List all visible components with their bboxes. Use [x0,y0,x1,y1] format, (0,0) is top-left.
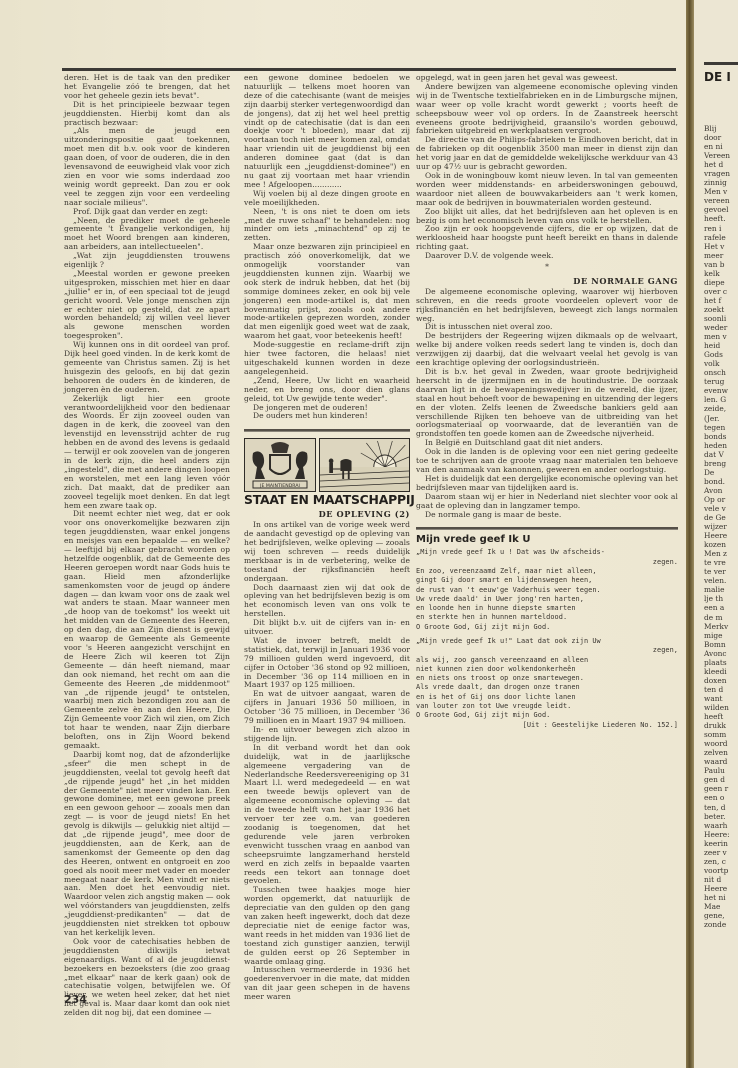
text-line: zelven [704,748,738,757]
paragraph: In dit verband wordt het dan ook duideli… [244,744,410,887]
text-line: te ver [704,567,738,576]
text-line: Blij [704,124,738,133]
text-line: vereen [704,196,738,205]
text-line: onsch [704,368,738,377]
text-line: ren i [704,224,738,233]
text-line: bond. [704,477,738,486]
text-line: gene, [704,911,738,920]
paragraph: Daarover D.V. de volgende week. [416,252,678,261]
paragraph: De normale gang is maar de beste. [416,511,678,520]
column-3: opgelegd, wat in geen jaren het geval wa… [416,74,678,730]
paragraph: een gewone dominee bedoelen we natuurlij… [244,74,410,190]
text-line: wijzer [704,522,738,531]
separator-star: * [416,263,678,272]
paragraph: Ook in die landen is de opleving voor ee… [416,448,678,475]
paragraph: „Meestal worden er gewone preeken uitges… [64,270,230,341]
paragraph: Daarom staan wij er hier in Nederland ni… [416,493,678,511]
text-line: het d [704,160,738,169]
article-heading-opleving: DE OPLEVING (2) [244,510,410,519]
poem-title: Mijn vrede geef Ik U [416,536,678,545]
text-line: Mae [704,902,738,911]
text-line: een o [704,793,738,802]
text-line: breng [704,459,738,468]
text-line: Avon [704,486,738,495]
coat-of-arms-icon: JE MAINTIENDRAI [244,438,316,492]
text-line: en loonde hen in hunne diepste smarten [416,604,678,613]
text-line: heeft [704,712,738,721]
text-line: en sterkte hen in hunnen marteldood. [416,613,678,622]
poem-stanza-2: als wij, zoo gansch vereenzaamd en allee… [416,656,678,721]
paragraph: Dit is het principieele bezwaar tegen je… [64,101,230,128]
text-line: te vre [704,558,738,567]
text-line: van louter zon tot Uwe vreugde leidt. [416,702,678,711]
paragraph: Wij voelen bij al deze dingen groote en … [244,190,410,208]
text-line: en niets ons troost op onze smartewegen. [416,674,678,683]
text-line: en is het of Gij ons door lichte lanen [416,693,678,702]
text-line: nit d [704,875,738,884]
banner-motto: JE MAINTIENDRAI [259,483,300,489]
page-number: 234 [64,993,87,1006]
text-line: Merkv [704,622,738,631]
section-divider [416,527,678,530]
paragraph: Andere bewijzen van algemeene economisch… [416,83,678,136]
text-line: O Groote God, Gij zijt mijn God. [416,623,678,632]
text-line: want [704,694,738,703]
text-line: door [704,133,738,142]
text-line: Avonc [704,649,738,658]
text-line: bonds [704,432,738,441]
column-1: deren. Het is de taak van den prediker h… [64,74,230,1018]
text-line: over c [704,287,738,296]
text-line: gen d [704,775,738,784]
text-line: rafele [704,233,738,242]
paragraph: In ons artikel van de vorige week werd d… [244,521,410,583]
text-line: Gods [704,350,738,359]
paragraph: „Neen, de prediker moet de geheele gemee… [64,217,230,253]
text-line: De [704,468,738,477]
text-line: kozen [704,540,738,549]
text-line: Heere [704,531,738,540]
text-line: ten, d [704,803,738,812]
article-heading-normale-gang: DE NORMALE GANG [416,277,678,286]
paragraph: De algemeene economische opleving, waaro… [416,288,678,324]
paragraph: De directie van de Philips-fabrieken te … [416,136,678,172]
paragraph: Neen, 't is ons niet te doen om iets „me… [244,208,410,244]
text-line: len. G [704,395,738,404]
paragraph: Doch daarnaast zien wij dat ook de oplev… [244,584,410,620]
text-line: waarh [704,821,738,830]
text-line: heeft. [704,214,738,223]
text-line: wilden [704,703,738,712]
paragraph: Het is duidelijk dat een dergelijke econ… [416,475,678,493]
text-line: Op or [704,495,738,504]
poem-source: [Uit : Geestelijke Liederen No. 152.] [416,721,678,730]
text-line: de Ge [704,513,738,522]
text-line: terug [704,377,738,386]
poem-stanza-1-intro-end: zegen. [416,558,678,567]
text-line: van b [704,260,738,269]
text-line: kleedi [704,667,738,676]
text-line: zonde [704,920,738,929]
text-line: gevoel [704,205,738,214]
paragraph: Dit blijkt b.v. uit de cijfers van in- e… [244,619,410,637]
text-line: waard [704,757,738,766]
text-line: zoekt [704,305,738,314]
text-line: Men z [704,549,738,558]
paragraph: Mode-suggestie en reclame-drift zijn hie… [244,341,410,377]
text-line: en ni [704,142,738,151]
paragraph: deren. Het is de taak van den prediker h… [64,74,230,101]
paragraph: Wij kunnen ons in dit oordeel van prof. … [64,341,230,394]
text-line: men v [704,332,738,341]
text-line: (Jer. [704,414,738,423]
text-line: lje th [704,594,738,603]
text-line: gingt Gij door smart en lijdenswegen hee… [416,576,678,585]
text-line: O Groote God, Gij zijt mijn God. [416,711,678,720]
text-line: somm [704,730,738,739]
paragraph: Maar onze bezwaren zijn principieel en p… [244,243,410,341]
paragraph: Dit is b.v. het geval in Zweden, waar gr… [416,368,678,439]
text-line: voortp [704,866,738,875]
poem: „Mijn vrede geef Ik u ! Dat was Uw afsch… [416,548,678,730]
top-rule-divider [62,68,676,71]
column-2-text: een gewone dominee bedoelen we natuurlij… [244,74,410,421]
farmer-ploughing-icon [319,438,410,492]
text-line: zeer v [704,848,738,857]
text-line: Vereen [704,151,738,160]
paragraph: „Wat zijn jeugddiensten trouwens eigenli… [64,252,230,270]
poem-stanza-1: En zoo, vereenzaamd Zelf, maar niet alle… [416,567,678,632]
next-page-edge: DE I Blijdooren niVereenhet dvragenzinni… [694,0,738,1068]
paragraph: Dit neemt echter niet weg, dat er ook vo… [64,510,230,750]
paragraph: Zekerlijk ligt hier een groote verantwoo… [64,395,230,511]
column-3-text: opgelegd, wat in geen jaren het geval wa… [416,74,678,261]
text-line: zinnig [704,178,738,187]
text-line: vele v [704,504,738,513]
paragraph: Tusschen twee haakjes moge hier worden o… [244,886,410,966]
text-line: zen, c [704,857,738,866]
text-line: meer [704,251,738,260]
article-normale-gang-text: De algemeene economische opleving, waaro… [416,288,678,520]
text-line: Als vrede daalt, dan drogen onze tranen [416,683,678,692]
text-line: als wij, zoo gansch vereenzaamd en allee… [416,656,678,665]
paragraph: Wat de invoer betreft, meldt de statisti… [244,637,410,690]
column-1-text: deren. Het is de taak van den prediker h… [64,74,230,1018]
text-line: beter. [704,812,738,821]
text-line: de m [704,613,738,622]
text-line: kelk [704,269,738,278]
text-line: geen r [704,784,738,793]
text-line: Heere [704,884,738,893]
section-divider [244,429,410,432]
next-page-heading: DE I [704,70,731,84]
section-banner: JE MAINTIENDRAI [244,438,410,505]
paragraph: Ook voor de catechisaties hebben de jeug… [64,938,230,1018]
text-line: malie [704,585,738,594]
paragraph: „Als men de jeugd een uitzonderingsposit… [64,127,230,207]
text-line: dat V [704,450,738,459]
text-line: evenw [704,386,738,395]
text-line: Uw vrede daald' in Uwer jong'ren harten, [416,595,678,604]
poem-stanza-1-intro: „Mijn vrede geef Ik u ! Dat was Uw afsch… [416,548,678,557]
text-line: Men v [704,187,738,196]
text-line: mige [704,631,738,640]
text-line: de rust van 't eeuw'ge Vaderhuis weer te… [416,586,678,595]
text-line: drukk [704,721,738,730]
text-line: Bomn [704,640,738,649]
text-line: plaats [704,658,738,667]
paragraph: Zoo zijn er ook hoopgevende cijfers, die… [416,225,678,252]
paragraph: In- en uitvoer bewegen zich alzoo in sti… [244,726,410,744]
text-line: vragen [704,169,738,178]
text-line: heden [704,441,738,450]
newspaper-page: deren. Het is de taak van den prediker h… [0,0,686,1068]
paragraph: De bestrijders der Regeering wijzen dikm… [416,332,678,368]
text-line: ten d [704,685,738,694]
text-line: het ni [704,893,738,902]
next-page-column: Blijdooren niVereenhet dvragenzinnigMen … [704,124,738,929]
text-line: doxen [704,676,738,685]
text-line: En zoo, vereenzaamd Zelf, maar niet alle… [416,567,678,576]
poem-stanza-2-intro-end: zegen, [416,646,678,655]
column-2: een gewone dominee bedoelen we natuurlij… [244,74,410,1002]
book-spine [686,0,694,1068]
paragraph: Daarbij komt nog, dat de afzonderlijke „… [64,751,230,938]
paragraph: Zoo blijkt uit alles, dat het bedrijfsle… [416,208,678,226]
poem-stanza-2-intro: „Mijn vrede geef Ik u!" Laat dat ook zij… [416,637,678,646]
text-line: keerin [704,839,738,848]
article-opleving-text: In ons artikel van de vorige week werd d… [244,521,410,1002]
text-line: woord [704,739,738,748]
text-line: tegen [704,423,738,432]
next-page-rule [704,62,738,65]
text-line: diepe [704,278,738,287]
text-line: niet kunnen zien door wolkendonkerheên [416,665,678,674]
text-line: volk [704,359,738,368]
text-line: zeide, [704,404,738,413]
text-line: Het v [704,242,738,251]
text-line: soonli [704,314,738,323]
text-line: weder [704,323,738,332]
section-title: STAAT EN MAATSCHAPPIJ [244,496,410,505]
paragraph: Ook in de woningbouw komt nieuw leven. I… [416,172,678,208]
paragraph: De ouders met hun kinderen! [244,412,410,421]
paragraph: En wat de uitvoer aangaat, waren de cijf… [244,690,410,726]
text-line: het f [704,296,738,305]
text-line: heid [704,341,738,350]
text-line: Heere: [704,830,738,839]
text-line: velen. [704,576,738,585]
text-line: een a [704,603,738,612]
paragraph: Intusschen vermeerderde in 1936 het goed… [244,966,410,1002]
text-line: Paulu [704,766,738,775]
paragraph: „Zend, Heere, Uw licht en waarheid neder… [244,377,410,404]
